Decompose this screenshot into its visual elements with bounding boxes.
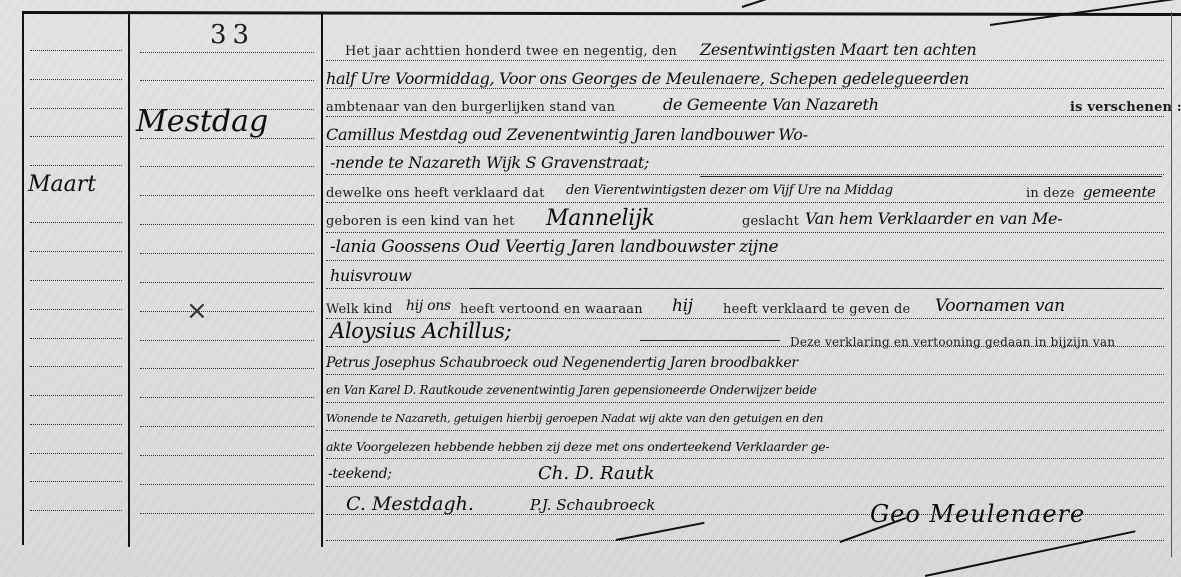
handwritten-text: -nende te Nazareth Wijk S Gravenstraat; [330, 153, 649, 172]
signature-witness-1: P.J. Schaubroeck [530, 496, 655, 514]
printed-text: geslacht [742, 214, 799, 229]
margin-rule [140, 224, 314, 225]
handwritten-text: half Ure Voormiddag, Voor ons Georges de… [326, 69, 969, 88]
handwritten-text: -lania Goossens Oud Veertig Jaren landbo… [330, 237, 778, 257]
text-rule [326, 174, 1164, 175]
printed-text: Deze verklaring en vertooning gedaan in … [790, 335, 1115, 349]
margin-rule [140, 253, 314, 254]
margin-rule [30, 222, 122, 223]
text-rule [326, 402, 1164, 403]
margin-rule [30, 79, 122, 80]
margin-rule [140, 455, 314, 456]
margin-month: Maart [28, 172, 96, 197]
margin-surname: Mestdag [136, 104, 268, 139]
printed-text: Welk kind [326, 302, 393, 317]
margin-rule [30, 510, 122, 511]
margin-rule [140, 513, 314, 514]
margin-cross-mark: × [186, 296, 208, 326]
column-border-left [22, 12, 24, 545]
handwritten-text: de Gemeente Van Nazareth [663, 95, 879, 114]
printed-text: is verschenen : [1070, 100, 1181, 115]
text-rule [326, 374, 1164, 375]
register-page: 33 Mestdag Maart × Het jaar achttien hon… [0, 0, 1181, 577]
official-signature-underline [925, 530, 1136, 577]
margin-rule [30, 50, 122, 51]
signature-witness-2: Ch. D. Rautk [538, 463, 654, 484]
margin-rule [30, 136, 122, 137]
handwritten-text: Zesentwintigsten Maart ten achten [700, 40, 976, 59]
printed-text: geboren is een kind van het [326, 214, 515, 229]
handwritten-text: gemeente [1083, 183, 1156, 201]
printed-text: heeft verklaard te geven de [723, 302, 910, 317]
handwritten-text: Van hem Verklaarder en van Me- [805, 209, 1062, 228]
entry-number: 33 [210, 20, 255, 50]
handwritten-text: Camillus Mestdag oud Zevenentwintig Jare… [326, 125, 808, 144]
margin-rule [30, 481, 122, 482]
text-rule [326, 88, 1164, 89]
handwritten-text: Wonende te Nazareth, getuigen hierbij ge… [326, 411, 823, 425]
column-border-text [321, 12, 323, 547]
text-rule [326, 60, 1164, 61]
handwritten-text: -teekend; [328, 466, 392, 482]
margin-rule [140, 80, 314, 81]
text-rule [326, 116, 1164, 117]
pen-stroke-top-2 [742, 0, 771, 8]
margin-rule [140, 166, 314, 167]
top-rule [22, 11, 1181, 16]
margin-rule [140, 52, 314, 53]
handwritten-text: Petrus Josephus Schaubroeck oud Negenend… [326, 355, 798, 371]
column-border-right [1171, 12, 1172, 557]
margin-rule [30, 453, 122, 454]
printed-text: heeft vertoond en waaraan [460, 302, 643, 317]
margin-rule [30, 338, 122, 339]
text-rule [326, 232, 1164, 233]
closing-rule [700, 176, 1162, 177]
margin-rule [30, 165, 122, 166]
margin-rule [140, 426, 314, 427]
signature-declarant: C. Mestdagh. [346, 493, 474, 515]
margin-rule [140, 397, 314, 398]
margin-rule [140, 484, 314, 485]
handwritten-text: hij ons [406, 298, 451, 314]
margin-rule [30, 395, 122, 396]
printed-text: in deze [1026, 186, 1075, 201]
handwritten-text: akte Voorgelezen hebbende hebben zij dez… [326, 439, 829, 454]
margin-rule [30, 424, 122, 425]
margin-rule [140, 195, 314, 196]
margin-rule [30, 280, 122, 281]
printed-text: ambtenaar van den burgerlijken stand van [326, 100, 615, 115]
handwritten-text: huisvrouw [330, 266, 412, 285]
margin-rule [30, 309, 122, 310]
text-rule [326, 146, 1164, 147]
signature-flourish [616, 522, 705, 541]
text-rule [326, 202, 1164, 203]
margin-rule [30, 108, 122, 109]
margin-rule [30, 366, 122, 367]
margin-rule [140, 311, 314, 312]
handwritten-text: en Van Karel D. Rautkoude zevenentwintig… [326, 383, 817, 397]
column-border-margin [128, 12, 130, 547]
printed-text: dewelke ons heeft verklaard dat [326, 186, 545, 201]
margin-rule [140, 282, 314, 283]
text-rule [326, 486, 1164, 487]
handwritten-text: hij [672, 296, 693, 316]
closing-rule [470, 288, 1162, 289]
handwritten-text: den Vierentwintigsten dezer om Vijf Ure … [566, 183, 893, 198]
margin-rule [140, 340, 314, 341]
text-rule [326, 260, 1164, 261]
closing-rule [640, 340, 780, 341]
text-rule [326, 458, 1164, 459]
signature-official: Geo Meulenaere [870, 500, 1085, 528]
text-rule [326, 430, 1164, 431]
margin-rule [140, 368, 314, 369]
printed-text: Het jaar achttien honderd twee en negent… [345, 44, 677, 59]
text-rule [326, 540, 1164, 541]
handwritten-text: Aloysius Achillus; [330, 319, 511, 343]
handwritten-text: Voornamen van [935, 296, 1065, 316]
margin-rule [30, 251, 122, 252]
handwritten-text: Mannelijk [546, 206, 655, 231]
